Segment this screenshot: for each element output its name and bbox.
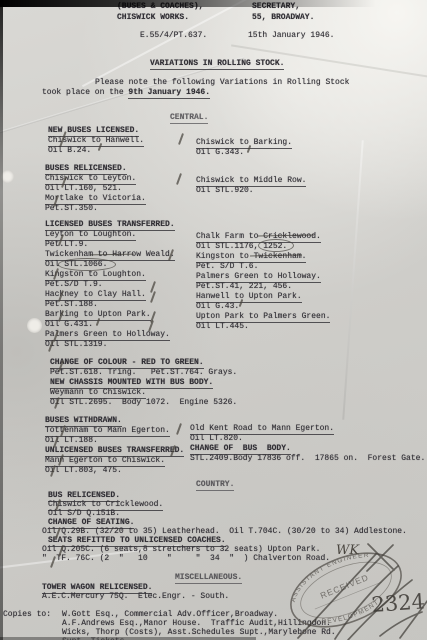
fleet-numbers: Oil LT.188. — [45, 436, 98, 445]
intro-line1: Please note the following Variations in … — [95, 78, 349, 87]
route: Leyton to Loughton. — [45, 230, 136, 241]
handwritten-initials: WK — [336, 543, 360, 558]
fleet-numbers: Pet. S/D T.6. — [196, 262, 258, 271]
punch-hole — [27, 318, 42, 333]
copies-label: Copies to: — [3, 610, 51, 619]
fleet-numbers: Oil G.43. — [196, 302, 239, 311]
addr-line2: 55, BROADWAY. — [252, 13, 314, 22]
fleet-numbers: Oil B.24. — [48, 146, 91, 155]
scan-edge-left — [0, 0, 3, 640]
fleet-numbers: Pet.ST.188. — [45, 300, 98, 309]
fleet-numbers: Pet.ST.41, 221, 456. — [196, 282, 292, 291]
route: Kingston to Twickenham. — [196, 252, 306, 263]
group-heading: NEW CHASSIS MOUNTED WITH BUS BODY. — [50, 378, 213, 389]
route: Weymann to Chiswick. — [50, 388, 146, 399]
intro-line2-prefix: took place on the — [42, 88, 128, 97]
fleet-numbers: Oil LT.803, 475. — [45, 466, 122, 475]
received-stamp: ASSISTANT ENGINEER ( DEVELOPMENT ) RECEI… — [280, 540, 427, 640]
group-heading: NEW BUSES LICENSED. — [48, 126, 139, 137]
pencil-circle — [258, 239, 294, 252]
detail-line: Oil Q.29B. (32/20 to 35) Leatherhead. Oi… — [42, 527, 407, 536]
group-heading: BUSES RELICENSED. — [45, 164, 127, 175]
route: Mortlake to Victoria. — [45, 194, 146, 205]
scanned-memo-page: { "header": { "dept_line1": "(BUSES & CO… — [0, 0, 427, 640]
route: Hanwell to Upton Park. — [196, 292, 302, 303]
route: Chiswick to Barking. — [196, 138, 292, 149]
section-misc-heading: MISCELLANEOUS. — [175, 573, 242, 584]
detail-line: A.E.C.Mercury 75Q. Elec.Engr. - South. — [42, 592, 229, 601]
detail-line: Oil Q.205C. (6 seats,8 stretchers to 32 … — [42, 545, 320, 554]
group-heading: UNLICENSED BUSES TRANSFERRED. — [45, 446, 184, 457]
scan-edge-top — [0, 0, 427, 7]
handwritten-number: 2324 — [371, 589, 426, 617]
group-heading: LICENSED BUSES TRANSFERRED. — [45, 220, 175, 231]
route: Upton Park to Palmers Green. — [196, 312, 330, 323]
detail-line: Oil STL.2695. Body 1072. Engine 5326. — [50, 398, 237, 407]
route: Palmers Green to Holloway. — [196, 272, 321, 283]
reference-number: E.55/4/PT.637. — [140, 31, 207, 40]
dept-line2: CHISWICK WORKS. — [117, 13, 189, 22]
intro-effective-date: 9th January 1946. — [128, 88, 210, 99]
route: Mann Egerton to Chiswick. — [45, 456, 165, 467]
section-central-heading: CENTRAL. — [170, 113, 208, 124]
group-heading: BUSES WITHDRAWN. — [45, 416, 122, 427]
detail-line: STL.2409.Body 17836 off. 17865 on. Fores… — [190, 454, 425, 463]
intro-line2: took place on the 9th January 1946. — [42, 88, 210, 97]
route: Chiswick to Leyton. — [45, 174, 136, 185]
fleet-numbers: Oil S/D Q.151B. — [48, 509, 120, 518]
document-date: 15th January 1946. — [248, 31, 334, 40]
route: Chalk Farm to Cricklewood. — [196, 232, 321, 243]
fleet-numbers: Oil G.431. — [45, 320, 93, 329]
pencil-circle — [58, 258, 116, 271]
fleet-numbers: Oil LT.445. — [196, 322, 249, 331]
stamp-center-text: RECEIVED — [319, 572, 370, 601]
route: Old Kent Road to Mann Egerton. — [190, 424, 334, 435]
route: Kingston to Loughton. — [45, 270, 146, 281]
page-title: VARIATIONS IN ROLLING STOCK. — [150, 59, 284, 70]
fleet-numbers: Oil STL.920. — [196, 186, 254, 195]
group-heading: CHANGE OF COLOUR - RED TO GREEN. — [50, 358, 204, 369]
fleet-numbers: Pet.S/D T.9. — [45, 280, 103, 289]
route: Palmers Green to Holloway. — [45, 330, 170, 341]
fleet-numbers: Oil G.343. — [196, 148, 244, 157]
route: Chiswick to Middle Row. — [196, 176, 306, 187]
group-heading: CHANGE OF BUS BODY. — [190, 444, 291, 455]
section-country-heading: COUNTRY. — [196, 480, 234, 491]
fleet-numbers: Pet.LT.9. — [45, 240, 88, 249]
fleet-numbers: Oil LT.820. — [190, 434, 243, 443]
copies-line: W.Gott Esq., Commercial Adv.Officer,Broa… — [62, 610, 278, 619]
detail-line: Pet.ST.618. Tring. Pet.ST.764. Grays. — [50, 368, 237, 377]
fleet-numbers: Oil LT.160, 521. — [45, 184, 122, 193]
